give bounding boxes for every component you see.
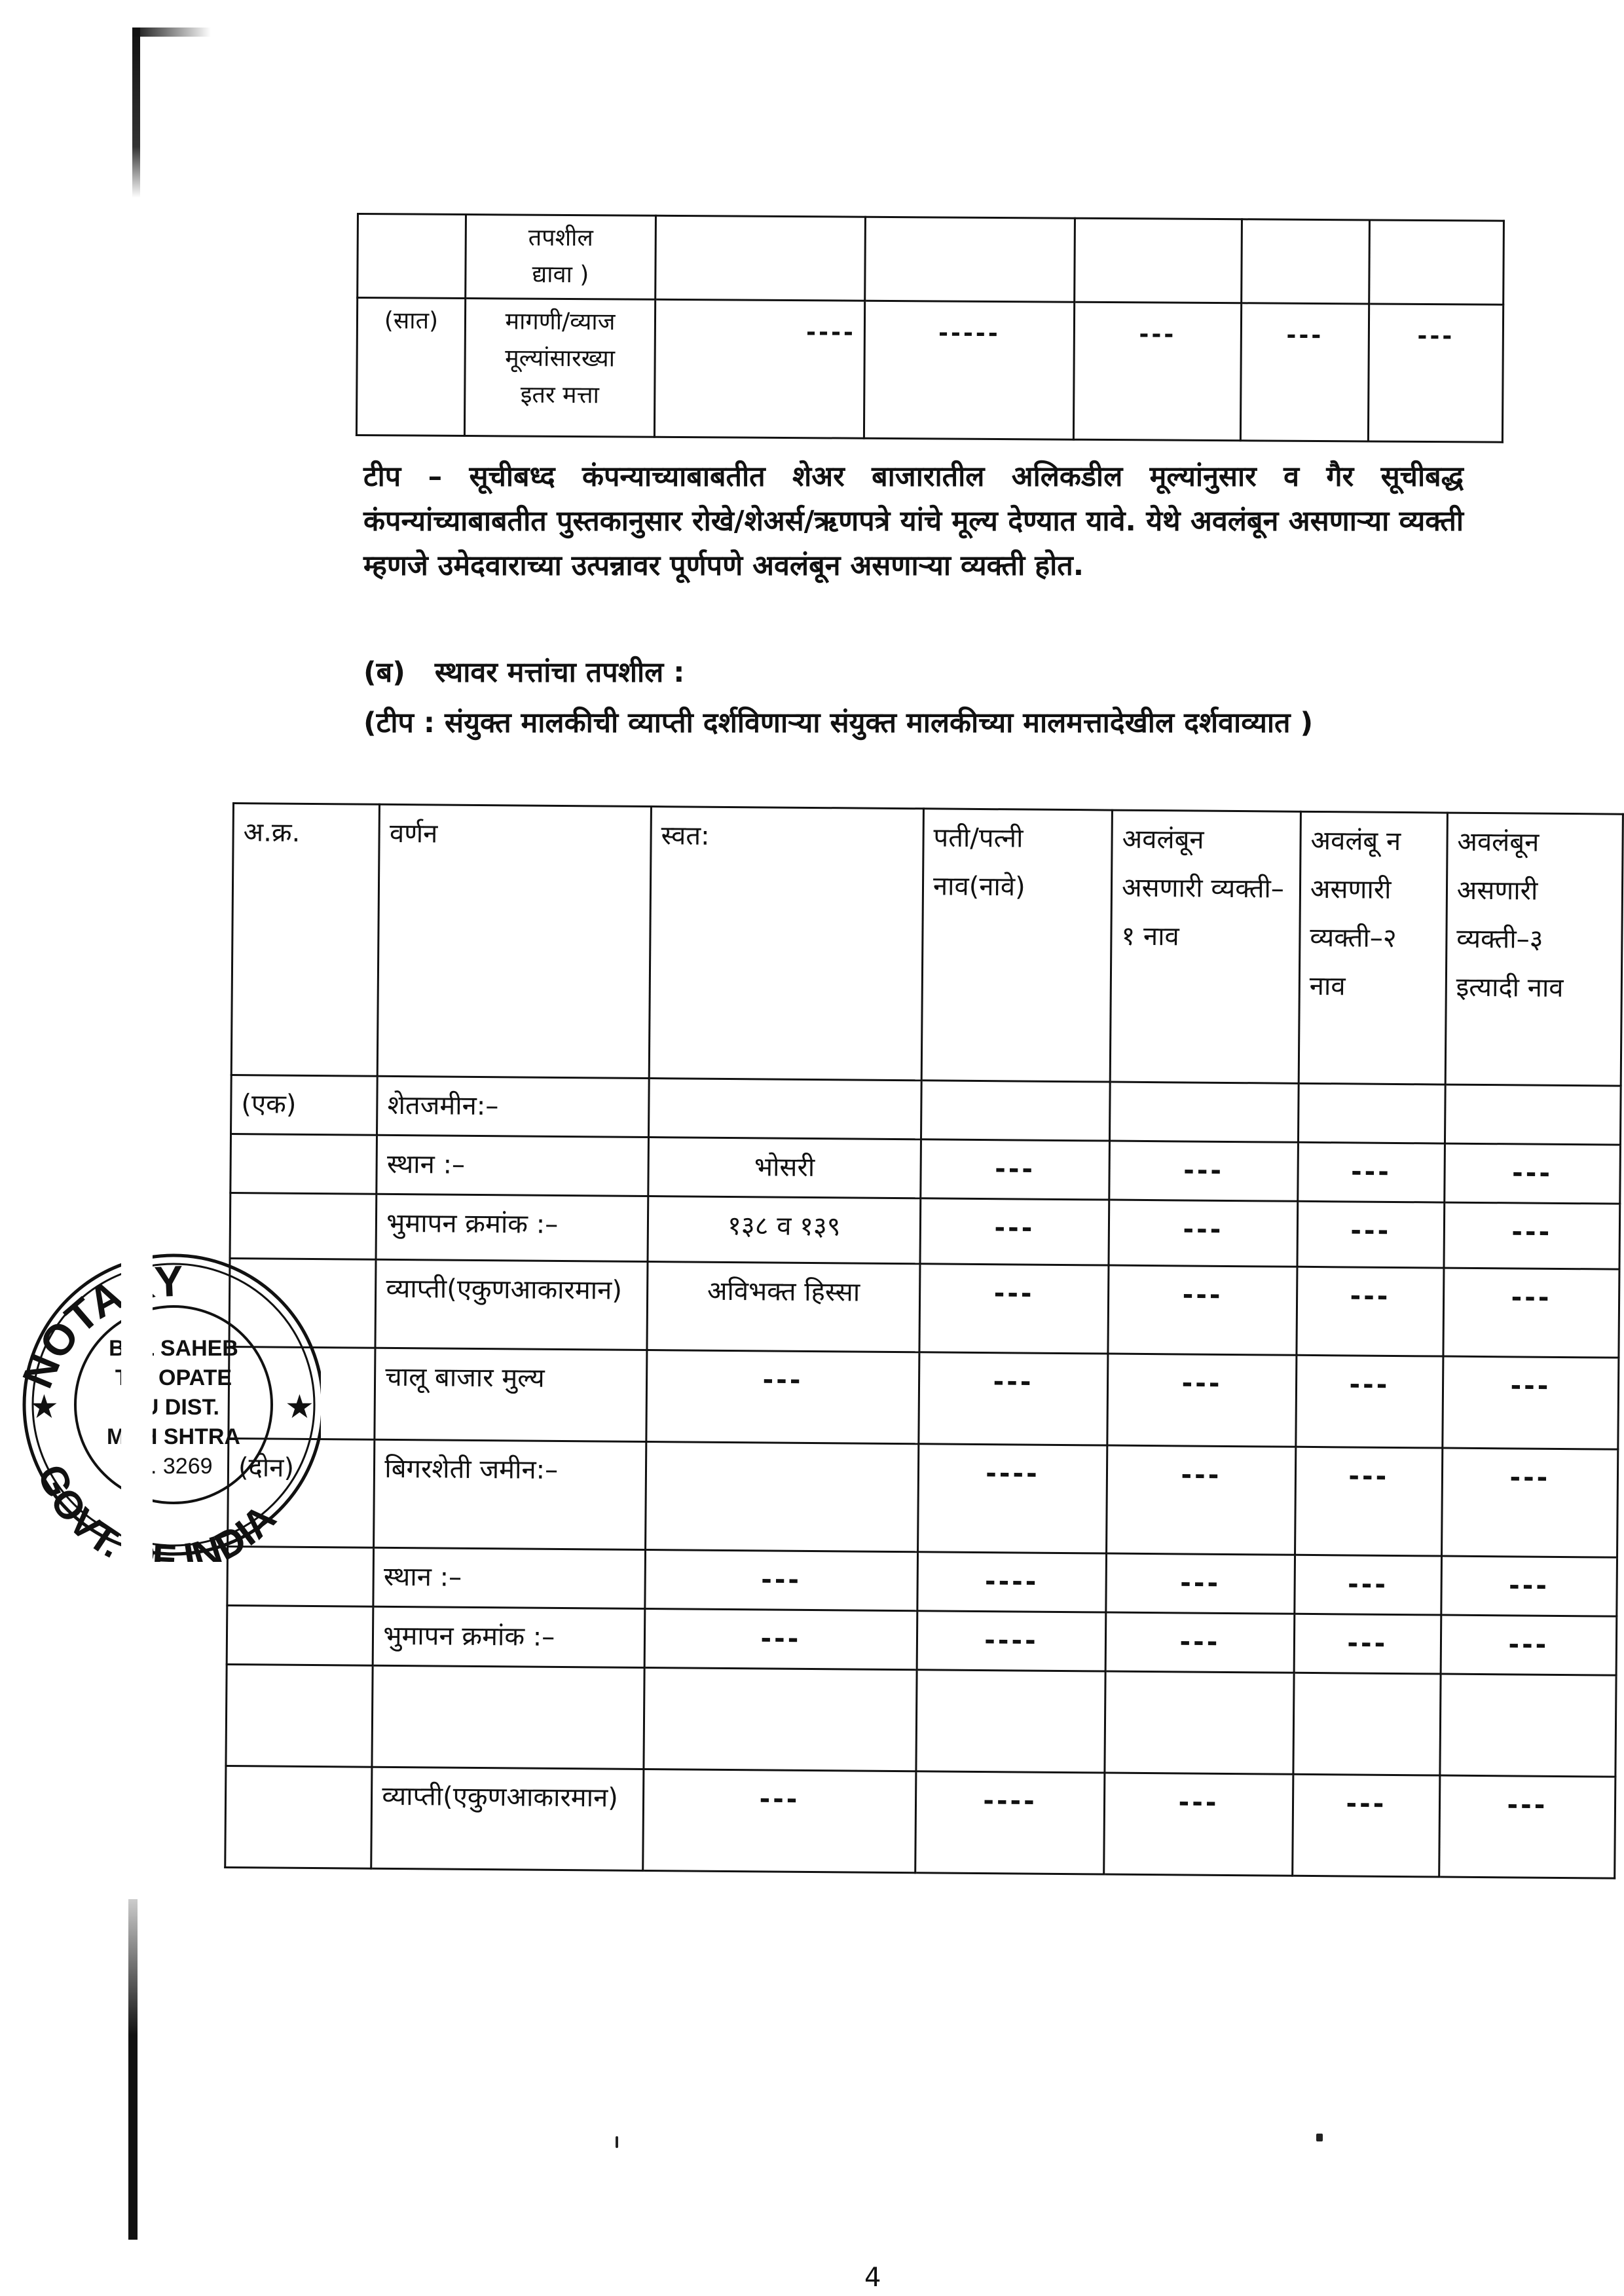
section-heading: (ब)स्थावर मत्तांचा तपशील : bbox=[363, 652, 684, 690]
value-cell bbox=[865, 217, 1075, 302]
value-cell bbox=[655, 215, 866, 301]
value-cell bbox=[1110, 1082, 1299, 1142]
value-cell: --- bbox=[1441, 1615, 1617, 1675]
table-row: (सात) मागणी/व्याजमूल्यांसारख्याइतर मत्ता… bbox=[356, 298, 1503, 443]
value-cell: --- bbox=[1297, 1267, 1444, 1356]
description-cell: स्थान :– bbox=[377, 1135, 648, 1196]
value-cell: --- bbox=[1105, 1612, 1295, 1673]
immovable-assets-table: अ.क्र. वर्णन स्वत: पती/पत्नी नाव(नावे) अ… bbox=[224, 802, 1624, 1879]
value-cell: --- bbox=[1295, 1555, 1442, 1615]
value-cell: --- bbox=[919, 1352, 1108, 1445]
section-title: स्थावर मत्तांचा तपशील : bbox=[435, 656, 685, 689]
value-cell bbox=[648, 1079, 921, 1139]
value-cell: --- bbox=[1445, 1143, 1621, 1204]
description-cell: भुमापन क्रमांक :– bbox=[376, 1194, 648, 1261]
value-cell: --- bbox=[1439, 1775, 1615, 1878]
value-cell: --- bbox=[921, 1139, 1110, 1200]
value-cell: --- bbox=[1444, 1202, 1620, 1269]
value-cell: --- bbox=[1441, 1448, 1618, 1557]
section-marker: (ब) bbox=[363, 656, 405, 689]
value-cell: १३८ व १३९ bbox=[648, 1196, 921, 1264]
serial-cell bbox=[231, 1134, 377, 1194]
description-cell: भुमापन क्रमांक :– bbox=[373, 1606, 644, 1667]
scan-binding-edge bbox=[132, 28, 140, 198]
value-cell: --- bbox=[920, 1198, 1109, 1265]
serial-cell bbox=[229, 1346, 375, 1439]
svg-text:NOTARY: NOTARY bbox=[20, 1256, 185, 1394]
value-cell bbox=[645, 1441, 918, 1551]
scan-speck bbox=[1316, 2134, 1323, 2141]
section-note: (टीप : संयुक्त मालकीची व्याप्ती दर्शविणा… bbox=[363, 701, 1470, 746]
value-cell: --- bbox=[1107, 1445, 1296, 1555]
description-cell: चालू बाजार मुल्य bbox=[375, 1348, 647, 1441]
table-row bbox=[226, 1664, 1616, 1777]
serial-cell: (सात) bbox=[356, 298, 465, 436]
value-cell: --- bbox=[1441, 1556, 1617, 1616]
movable-assets-table-continuation: तपशीलद्यावा ) (सात) मागणी/व्याजमूल्यांसा… bbox=[356, 213, 1505, 443]
value-cell: --- bbox=[1104, 1773, 1293, 1876]
serial-cell: (दोन) bbox=[228, 1438, 375, 1547]
table-row: स्थान :–भोसरी------------ bbox=[231, 1134, 1621, 1204]
stamp-arc-top: NOTARY bbox=[20, 1256, 185, 1394]
table-header-row: अ.क्र. वर्णन स्वत: पती/पत्नी नाव(नावे) अ… bbox=[231, 804, 1623, 1086]
serial-cell bbox=[226, 1664, 373, 1767]
value-cell: --- bbox=[1106, 1553, 1295, 1614]
value-cell: --- bbox=[1109, 1200, 1298, 1267]
serial-cell bbox=[230, 1193, 377, 1259]
value-cell bbox=[1298, 1083, 1445, 1143]
scan-binding-bottom bbox=[128, 1899, 138, 2240]
value-cell: --- bbox=[1107, 1354, 1297, 1447]
header-spouse: पती/पत्नी नाव(नावे) bbox=[921, 809, 1112, 1082]
table-row: चालू बाजार मुल्य--------------- bbox=[229, 1346, 1619, 1449]
scan-speck bbox=[616, 2136, 618, 2148]
value-cell: --- bbox=[643, 1769, 916, 1872]
serial-cell bbox=[225, 1766, 373, 1868]
table-row: (एक)शेतजमीन:– bbox=[231, 1075, 1621, 1145]
value-cell: अविभक्त हिस्सा bbox=[647, 1262, 920, 1352]
value-cell bbox=[644, 1667, 917, 1771]
value-cell: --- bbox=[919, 1264, 1109, 1354]
serial-cell bbox=[229, 1258, 376, 1348]
serial-cell bbox=[227, 1605, 373, 1665]
value-cell bbox=[1075, 218, 1242, 303]
description-cell: स्थान :– bbox=[373, 1547, 645, 1608]
header-description: वर्णन bbox=[378, 804, 652, 1078]
value-cell: --- bbox=[645, 1549, 918, 1610]
table-row: भुमापन क्रमांक :–---------------- bbox=[227, 1605, 1617, 1675]
value-cell bbox=[1445, 1084, 1621, 1145]
table-row: स्थान :–---------------- bbox=[227, 1546, 1617, 1616]
serial-cell bbox=[227, 1546, 374, 1606]
table-row: व्याप्ती(एकुणआकारमान)---------------- bbox=[225, 1766, 1615, 1878]
table-row: तपशीलद्यावा ) bbox=[358, 214, 1504, 305]
value-cell bbox=[1293, 1673, 1441, 1775]
table-row: (दोन)बिगरशेती जमीन:–------------- bbox=[228, 1438, 1618, 1557]
value-cell: --- bbox=[1297, 1201, 1445, 1268]
note-paragraph: टीप – सूचीबध्द कंपन्याच्याबाबतीत शेअर बा… bbox=[363, 455, 1464, 589]
value-cell: --- bbox=[1296, 1355, 1443, 1448]
table-row: व्याप्ती(एकुणआकारमान)अविभक्त हिस्सा-----… bbox=[229, 1258, 1619, 1358]
table-row: भुमापन क्रमांक :–१३८ व १३९------------ bbox=[230, 1193, 1620, 1269]
value-cell: ---- bbox=[915, 1771, 1105, 1874]
value-cell: --- bbox=[1295, 1447, 1442, 1556]
serial-cell bbox=[358, 214, 466, 299]
value-cell: --- bbox=[644, 1608, 917, 1669]
value-cell: --- bbox=[1443, 1268, 1619, 1358]
description-cell: तपशीलद्यावा ) bbox=[466, 215, 656, 300]
page-number: 4 bbox=[864, 2263, 881, 2293]
value-cell: ----- bbox=[864, 301, 1074, 439]
value-cell: --- bbox=[1073, 302, 1241, 441]
value-cell: ---- bbox=[917, 1552, 1107, 1612]
value-cell: --- bbox=[1240, 303, 1369, 441]
header-self: स्वत: bbox=[649, 807, 923, 1081]
description-cell bbox=[372, 1665, 644, 1769]
value-cell bbox=[921, 1081, 1110, 1141]
value-cell: --- bbox=[1108, 1265, 1297, 1355]
value-cell: --- bbox=[1443, 1356, 1619, 1449]
value-cell bbox=[1105, 1671, 1294, 1774]
value-cell: --- bbox=[1298, 1142, 1445, 1202]
value-cell: --- bbox=[1294, 1614, 1441, 1674]
value-cell: --- bbox=[646, 1350, 919, 1443]
description-cell: शेतजमीन:– bbox=[377, 1076, 649, 1137]
header-dependent-2: अवलंबू न असणारी व्यक्ती–२ नाव bbox=[1299, 811, 1447, 1084]
header-serial: अ.क्र. bbox=[231, 804, 380, 1077]
stamp-scan-gap bbox=[121, 1231, 153, 1598]
value-cell: ---- bbox=[917, 1444, 1107, 1553]
value-cell: --- bbox=[1368, 304, 1503, 442]
description-cell: बिगरशेती जमीन:– bbox=[374, 1439, 646, 1549]
scan-binding-top bbox=[132, 28, 211, 37]
value-cell: ---- bbox=[654, 299, 864, 438]
stamp-star-icon: ★ bbox=[29, 1388, 59, 1426]
description-cell: व्याप्ती(एकुणआकारमान) bbox=[375, 1259, 648, 1350]
header-dependent-3: अवलंबून असणारी व्यक्ती–३ इत्यादी नाव bbox=[1445, 813, 1623, 1086]
value-cell: ---- bbox=[917, 1611, 1106, 1671]
serial-cell: (एक) bbox=[231, 1075, 378, 1135]
value-cell bbox=[1440, 1674, 1616, 1777]
value-cell bbox=[916, 1670, 1105, 1773]
value-cell: भोसरी bbox=[648, 1138, 921, 1198]
value-cell: --- bbox=[1109, 1141, 1299, 1201]
header-dependent-1: अवलंबून असणारी व्यक्ती–१ नाव bbox=[1110, 810, 1301, 1083]
value-cell bbox=[1242, 219, 1370, 304]
value-cell bbox=[1369, 220, 1504, 305]
value-cell: --- bbox=[1293, 1774, 1440, 1877]
description-cell: मागणी/व्याजमूल्यांसारख्याइतर मत्ता bbox=[464, 299, 655, 437]
description-cell: व्याप्ती(एकुणआकारमान) bbox=[371, 1767, 644, 1870]
